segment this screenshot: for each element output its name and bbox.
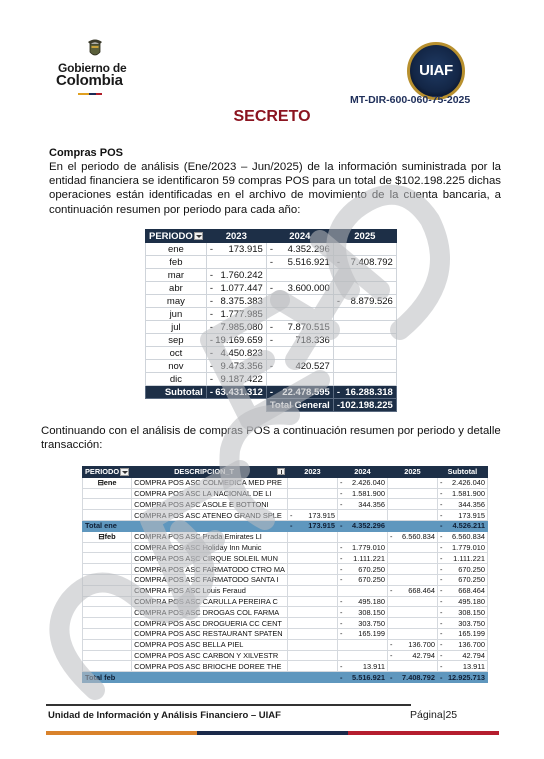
value-cell: -1.779.010	[337, 542, 387, 553]
value-cell: -63.431.312	[206, 386, 266, 399]
value-cell: -1.111.221	[337, 553, 387, 564]
value-cell: -1.077.447	[206, 282, 266, 295]
table-row: COMPRA POS ASC DROGAS COL FARMA-308.150-…	[83, 607, 488, 618]
value-cell: -7.985.080	[206, 321, 266, 334]
uiaf-logo: UIAF	[407, 42, 465, 100]
period-cell	[83, 639, 132, 650]
description-cell: COMPRA POS ASC ATENEO GRAND SPLE	[132, 510, 288, 521]
gov-logo-line2: Colombia	[56, 72, 123, 89]
description-cell: COMPRA POS ASC BELLA PIEL	[132, 639, 288, 650]
value-cell	[266, 347, 333, 360]
value-cell	[287, 628, 337, 639]
table-row: ⊟febCOMPRA POS ASC Prada Emirates LI-6.5…	[83, 531, 488, 542]
value-cell	[387, 574, 437, 585]
section-title: Compras POS	[49, 147, 123, 159]
period-cell	[83, 488, 132, 499]
value-cell	[266, 269, 333, 282]
value-cell	[387, 499, 437, 510]
value-cell: -1.777.985	[206, 308, 266, 321]
table-row: mar-1.760.242	[146, 269, 397, 282]
value-cell	[387, 607, 437, 618]
value-cell: -2.426.040	[337, 477, 387, 488]
value-cell	[287, 672, 337, 683]
value-cell: -344.356	[437, 499, 487, 510]
uiaf-logo-text: UIAF	[410, 62, 462, 79]
value-cell: -136.700	[387, 639, 437, 650]
value-cell	[333, 321, 396, 334]
colombia-crest-icon	[86, 38, 104, 60]
value-cell	[333, 373, 396, 386]
value-cell: -420.527	[266, 360, 333, 373]
value-cell	[333, 334, 396, 347]
value-cell	[337, 639, 387, 650]
summary-table: PERIODO 2023 2024 2025 ene-173.915-4.352…	[145, 229, 397, 412]
subtotal-label: Subtotal	[146, 386, 207, 399]
table-row: COMPRA POS ASC ASOLE E BOTTONI-344.356-3…	[83, 499, 488, 510]
value-cell: -303.750	[437, 618, 487, 629]
value-cell	[266, 308, 333, 321]
description-cell: COMPRA POS ASC COLMEDICA MED PRE	[132, 477, 288, 488]
table-row: COMPRA POS ASC Louis Feraud-668.464-668.…	[83, 585, 488, 596]
document-code: MT-DIR-600-060-75-2025	[350, 94, 470, 106]
value-cell	[266, 295, 333, 308]
value-cell: -5.516.921	[337, 672, 387, 683]
value-cell: -22.478.595	[266, 386, 333, 399]
period-cell: oct	[146, 347, 207, 360]
table-row: COMPRA POS ASC BRIOCHE DOREE THE-13.911-…	[83, 661, 488, 672]
value-cell: -9.473.356	[206, 360, 266, 373]
description-cell: COMPRA POS ASC FARMATODO SANTA I	[132, 574, 288, 585]
period-cell	[83, 650, 132, 661]
value-cell: -173.915	[437, 510, 487, 521]
period-cell: nov	[146, 360, 207, 373]
table-row: COMPRA POS ASC ATENEO GRAND SPLE-173.915…	[83, 510, 488, 521]
value-cell	[387, 510, 437, 521]
value-cell: -5.516.921	[266, 256, 333, 269]
table-row: may-8.375.383-8.879.526	[146, 295, 397, 308]
value-cell	[287, 650, 337, 661]
value-cell	[287, 596, 337, 607]
header-2023: 2023	[206, 230, 266, 243]
description-cell: COMPRA POS ASC FARMATODO CTRO MA	[132, 564, 288, 575]
header-2024: 2024	[266, 230, 333, 243]
table-row: COMPRA POS ASC BELLA PIEL-136.700-136.70…	[83, 639, 488, 650]
value-cell	[387, 477, 437, 488]
description-cell: COMPRA POS ASC CARULLA PEREIRA C	[132, 596, 288, 607]
value-cell: -308.150	[337, 607, 387, 618]
value-cell	[387, 553, 437, 564]
period-cell: abr	[146, 282, 207, 295]
value-cell: -670.250	[437, 574, 487, 585]
value-cell	[337, 585, 387, 596]
period-total-label: Total feb	[83, 672, 288, 683]
page-number: Página|25	[410, 709, 457, 721]
value-cell	[333, 282, 396, 295]
filter-dropdown-icon[interactable]	[120, 468, 129, 476]
header-2025: 2025	[333, 230, 396, 243]
table-row: ⊟eneCOMPRA POS ASC COLMEDICA MED PRE-2.4…	[83, 477, 488, 488]
value-cell	[287, 542, 337, 553]
value-cell: -13.911	[437, 661, 487, 672]
period-cell	[83, 510, 132, 521]
period-cell: dic	[146, 373, 207, 386]
table-row: COMPRA POS ASC CIRQUE SOLEIL MUN-1.111.2…	[83, 553, 488, 564]
value-cell: -303.750	[337, 618, 387, 629]
period-cell: jun	[146, 308, 207, 321]
period-cell: sep	[146, 334, 207, 347]
classification-title: SECRETO	[0, 108, 544, 126]
value-cell	[287, 564, 337, 575]
value-cell	[337, 531, 387, 542]
period-cell: jul	[146, 321, 207, 334]
value-cell: -173.915	[206, 243, 266, 256]
value-cell	[333, 347, 396, 360]
period-total-row: Total feb-5.516.921-7.408.792-12.925.713	[83, 672, 488, 683]
detail-table: PERIODO DESCRIPCION_T 2023 2024 2025 Sub…	[82, 466, 488, 683]
value-cell	[387, 596, 437, 607]
description-cell: COMPRA POS ASC Prada Emirates LI	[132, 531, 288, 542]
value-cell: -19.169.659	[206, 334, 266, 347]
period-cell	[83, 618, 132, 629]
table-row: COMPRA POS ASC FARMATODO CTRO MA-670.250…	[83, 564, 488, 575]
value-cell: -668.464	[437, 585, 487, 596]
value-cell	[387, 661, 437, 672]
value-cell: -7.408.792	[387, 672, 437, 683]
header-2025: 2025	[387, 467, 437, 478]
value-cell: -16.288.318	[333, 386, 396, 399]
subtotal-row: Subtotal-63.431.312-22.478.595-16.288.31…	[146, 386, 397, 399]
footer-rule	[46, 704, 411, 706]
header-description[interactable]: DESCRIPCION_T	[132, 467, 288, 478]
value-cell: -6.560.834	[387, 531, 437, 542]
grand-total-value: -102.198.225	[333, 399, 396, 412]
value-cell: -308.150	[437, 607, 487, 618]
grand-total-row: Total General-102.198.225	[146, 399, 397, 412]
period-cell	[83, 553, 132, 564]
value-cell: -668.464	[387, 585, 437, 596]
period-cell: may	[146, 295, 207, 308]
period-total-label: Total ene	[83, 520, 288, 531]
value-cell: -173.915	[287, 510, 337, 521]
page-number-value: 25	[445, 709, 457, 721]
value-cell: -8.375.383	[206, 295, 266, 308]
description-cell: COMPRA POS ASC BRIOCHE DOREE THE	[132, 661, 288, 672]
period-cell	[83, 564, 132, 575]
value-cell: -42.794	[437, 650, 487, 661]
period-cell: ene	[146, 243, 207, 256]
intro-paragraph: En el periodo de análisis (Ene/2023 – Ju…	[49, 160, 501, 217]
value-cell: -7.870.515	[266, 321, 333, 334]
period-collapse-toggle[interactable]: ⊟feb	[83, 531, 132, 542]
table-row: COMPRA POS ASC CARULLA PEREIRA C-495.180…	[83, 596, 488, 607]
value-cell	[287, 618, 337, 629]
value-cell: -4.450.823	[206, 347, 266, 360]
summary-header-row: PERIODO 2023 2024 2025	[146, 230, 397, 243]
grand-total-label: Total General	[266, 399, 333, 412]
value-cell	[287, 499, 337, 510]
value-cell	[387, 488, 437, 499]
value-cell	[387, 618, 437, 629]
period-cell	[83, 585, 132, 596]
footer-bar-segment	[348, 731, 499, 735]
table-row: COMPRA POS ASC CARBON Y XILVESTR-42.794-…	[83, 650, 488, 661]
value-cell: -136.700	[437, 639, 487, 650]
period-cell: feb	[146, 256, 207, 269]
value-cell: -42.794	[387, 650, 437, 661]
filter-dropdown-icon[interactable]	[194, 232, 203, 240]
value-cell: -495.180	[437, 596, 487, 607]
value-cell	[337, 650, 387, 661]
value-cell	[206, 256, 266, 269]
description-cell: COMPRA POS ASC LA NACIONAL DE LI	[132, 488, 288, 499]
table-row: feb-5.516.921-7.408.792	[146, 256, 397, 269]
header-subtotal: Subtotal	[437, 467, 487, 478]
value-cell	[333, 308, 396, 321]
gov-logo-flag-bar	[78, 93, 102, 95]
period-cell	[83, 628, 132, 639]
period-collapse-toggle[interactable]: ⊟ene	[83, 477, 132, 488]
period-cell	[83, 542, 132, 553]
table-row: ene-173.915-4.352.296	[146, 243, 397, 256]
value-cell	[287, 607, 337, 618]
header-2024: 2024	[337, 467, 387, 478]
value-cell: -344.356	[337, 499, 387, 510]
header-period[interactable]: PERIODO	[146, 230, 207, 243]
value-cell: -165.199	[437, 628, 487, 639]
period-cell	[83, 661, 132, 672]
value-cell: -495.180	[337, 596, 387, 607]
value-cell: -670.250	[337, 574, 387, 585]
value-cell: -4.526.211	[437, 520, 487, 531]
period-cell	[83, 596, 132, 607]
description-cell: COMPRA POS ASC CIRQUE SOLEIL MUN	[132, 553, 288, 564]
value-cell	[287, 574, 337, 585]
value-cell	[333, 243, 396, 256]
table-row: jul-7.985.080-7.870.515	[146, 321, 397, 334]
value-cell: -2.426.040	[437, 477, 487, 488]
value-cell: -7.408.792	[333, 256, 396, 269]
table-row: COMPRA POS ASC FARMATODO SANTA I-670.250…	[83, 574, 488, 585]
period-cell	[83, 574, 132, 585]
value-cell: -9.187.422	[206, 373, 266, 386]
period-total-row: Total ene-173.915-4.352.296-4.526.211	[83, 520, 488, 531]
value-cell: -13.911	[337, 661, 387, 672]
value-cell	[287, 639, 337, 650]
value-cell: -1.760.242	[206, 269, 266, 282]
description-cell: COMPRA POS ASC Louis Feraud	[132, 585, 288, 596]
table-row: oct-4.450.823	[146, 347, 397, 360]
value-cell	[387, 628, 437, 639]
footer-bar-segment	[46, 731, 197, 735]
value-cell: -12.925.713	[437, 672, 487, 683]
footer-color-bar	[46, 731, 499, 735]
value-cell: -1.111.221	[437, 553, 487, 564]
value-cell: -670.250	[337, 564, 387, 575]
description-cell: COMPRA POS ASC DROGUERIA CC CENT	[132, 618, 288, 629]
description-cell: COMPRA POS ASC CARBON Y XILVESTR	[132, 650, 288, 661]
value-cell	[287, 477, 337, 488]
value-cell: -8.879.526	[333, 295, 396, 308]
footer-bar-segment	[197, 731, 348, 735]
description-cell: COMPRA POS ASC RESTAURANT SPATEN	[132, 628, 288, 639]
value-cell	[287, 488, 337, 499]
value-cell	[287, 531, 337, 542]
value-cell	[287, 585, 337, 596]
description-cell: COMPRA POS ASC Holiday Inn Munic	[132, 542, 288, 553]
value-cell: -1.779.010	[437, 542, 487, 553]
description-cell: COMPRA POS ASC ASOLE E BOTTONI	[132, 499, 288, 510]
table-row: COMPRA POS ASC Holiday Inn Munic-1.779.0…	[83, 542, 488, 553]
table-row: COMPRA POS ASC RESTAURANT SPATEN-165.199…	[83, 628, 488, 639]
value-cell: -670.250	[437, 564, 487, 575]
value-cell	[333, 360, 396, 373]
table-row: nov-9.473.356-420.527	[146, 360, 397, 373]
value-cell	[387, 542, 437, 553]
value-cell: -1.581.900	[437, 488, 487, 499]
value-cell	[266, 373, 333, 386]
value-cell	[333, 269, 396, 282]
page-label: Página	[410, 709, 443, 721]
value-cell: -1.581.900	[337, 488, 387, 499]
value-cell	[387, 564, 437, 575]
value-cell	[337, 510, 387, 521]
table-row: abr-1.077.447-3.600.000	[146, 282, 397, 295]
value-cell: -4.352.296	[337, 520, 387, 531]
value-cell	[387, 520, 437, 531]
header-period[interactable]: PERIODO	[83, 467, 132, 478]
value-cell: -718.336	[266, 334, 333, 347]
sort-filter-icon[interactable]	[277, 468, 285, 475]
header-2023: 2023	[287, 467, 337, 478]
value-cell	[287, 661, 337, 672]
period-cell: mar	[146, 269, 207, 282]
footer-organization: Unidad de Información y Análisis Financi…	[48, 710, 281, 721]
table-row: COMPRA POS ASC LA NACIONAL DE LI-1.581.9…	[83, 488, 488, 499]
detail-header-row: PERIODO DESCRIPCION_T 2023 2024 2025 Sub…	[83, 467, 488, 478]
value-cell: -4.352.296	[266, 243, 333, 256]
value-cell: -173.915	[287, 520, 337, 531]
table-row: sep-19.169.659-718.336	[146, 334, 397, 347]
value-cell: -6.560.834	[437, 531, 487, 542]
continuation-paragraph: Continuando con el análisis de compras P…	[41, 424, 511, 452]
value-cell: -3.600.000	[266, 282, 333, 295]
period-cell	[83, 499, 132, 510]
value-cell: -165.199	[337, 628, 387, 639]
description-cell: COMPRA POS ASC DROGAS COL FARMA	[132, 607, 288, 618]
table-row: COMPRA POS ASC DROGUERIA CC CENT-303.750…	[83, 618, 488, 629]
table-row: jun-1.777.985	[146, 308, 397, 321]
value-cell	[287, 553, 337, 564]
table-row: dic-9.187.422	[146, 373, 397, 386]
period-cell	[83, 607, 132, 618]
